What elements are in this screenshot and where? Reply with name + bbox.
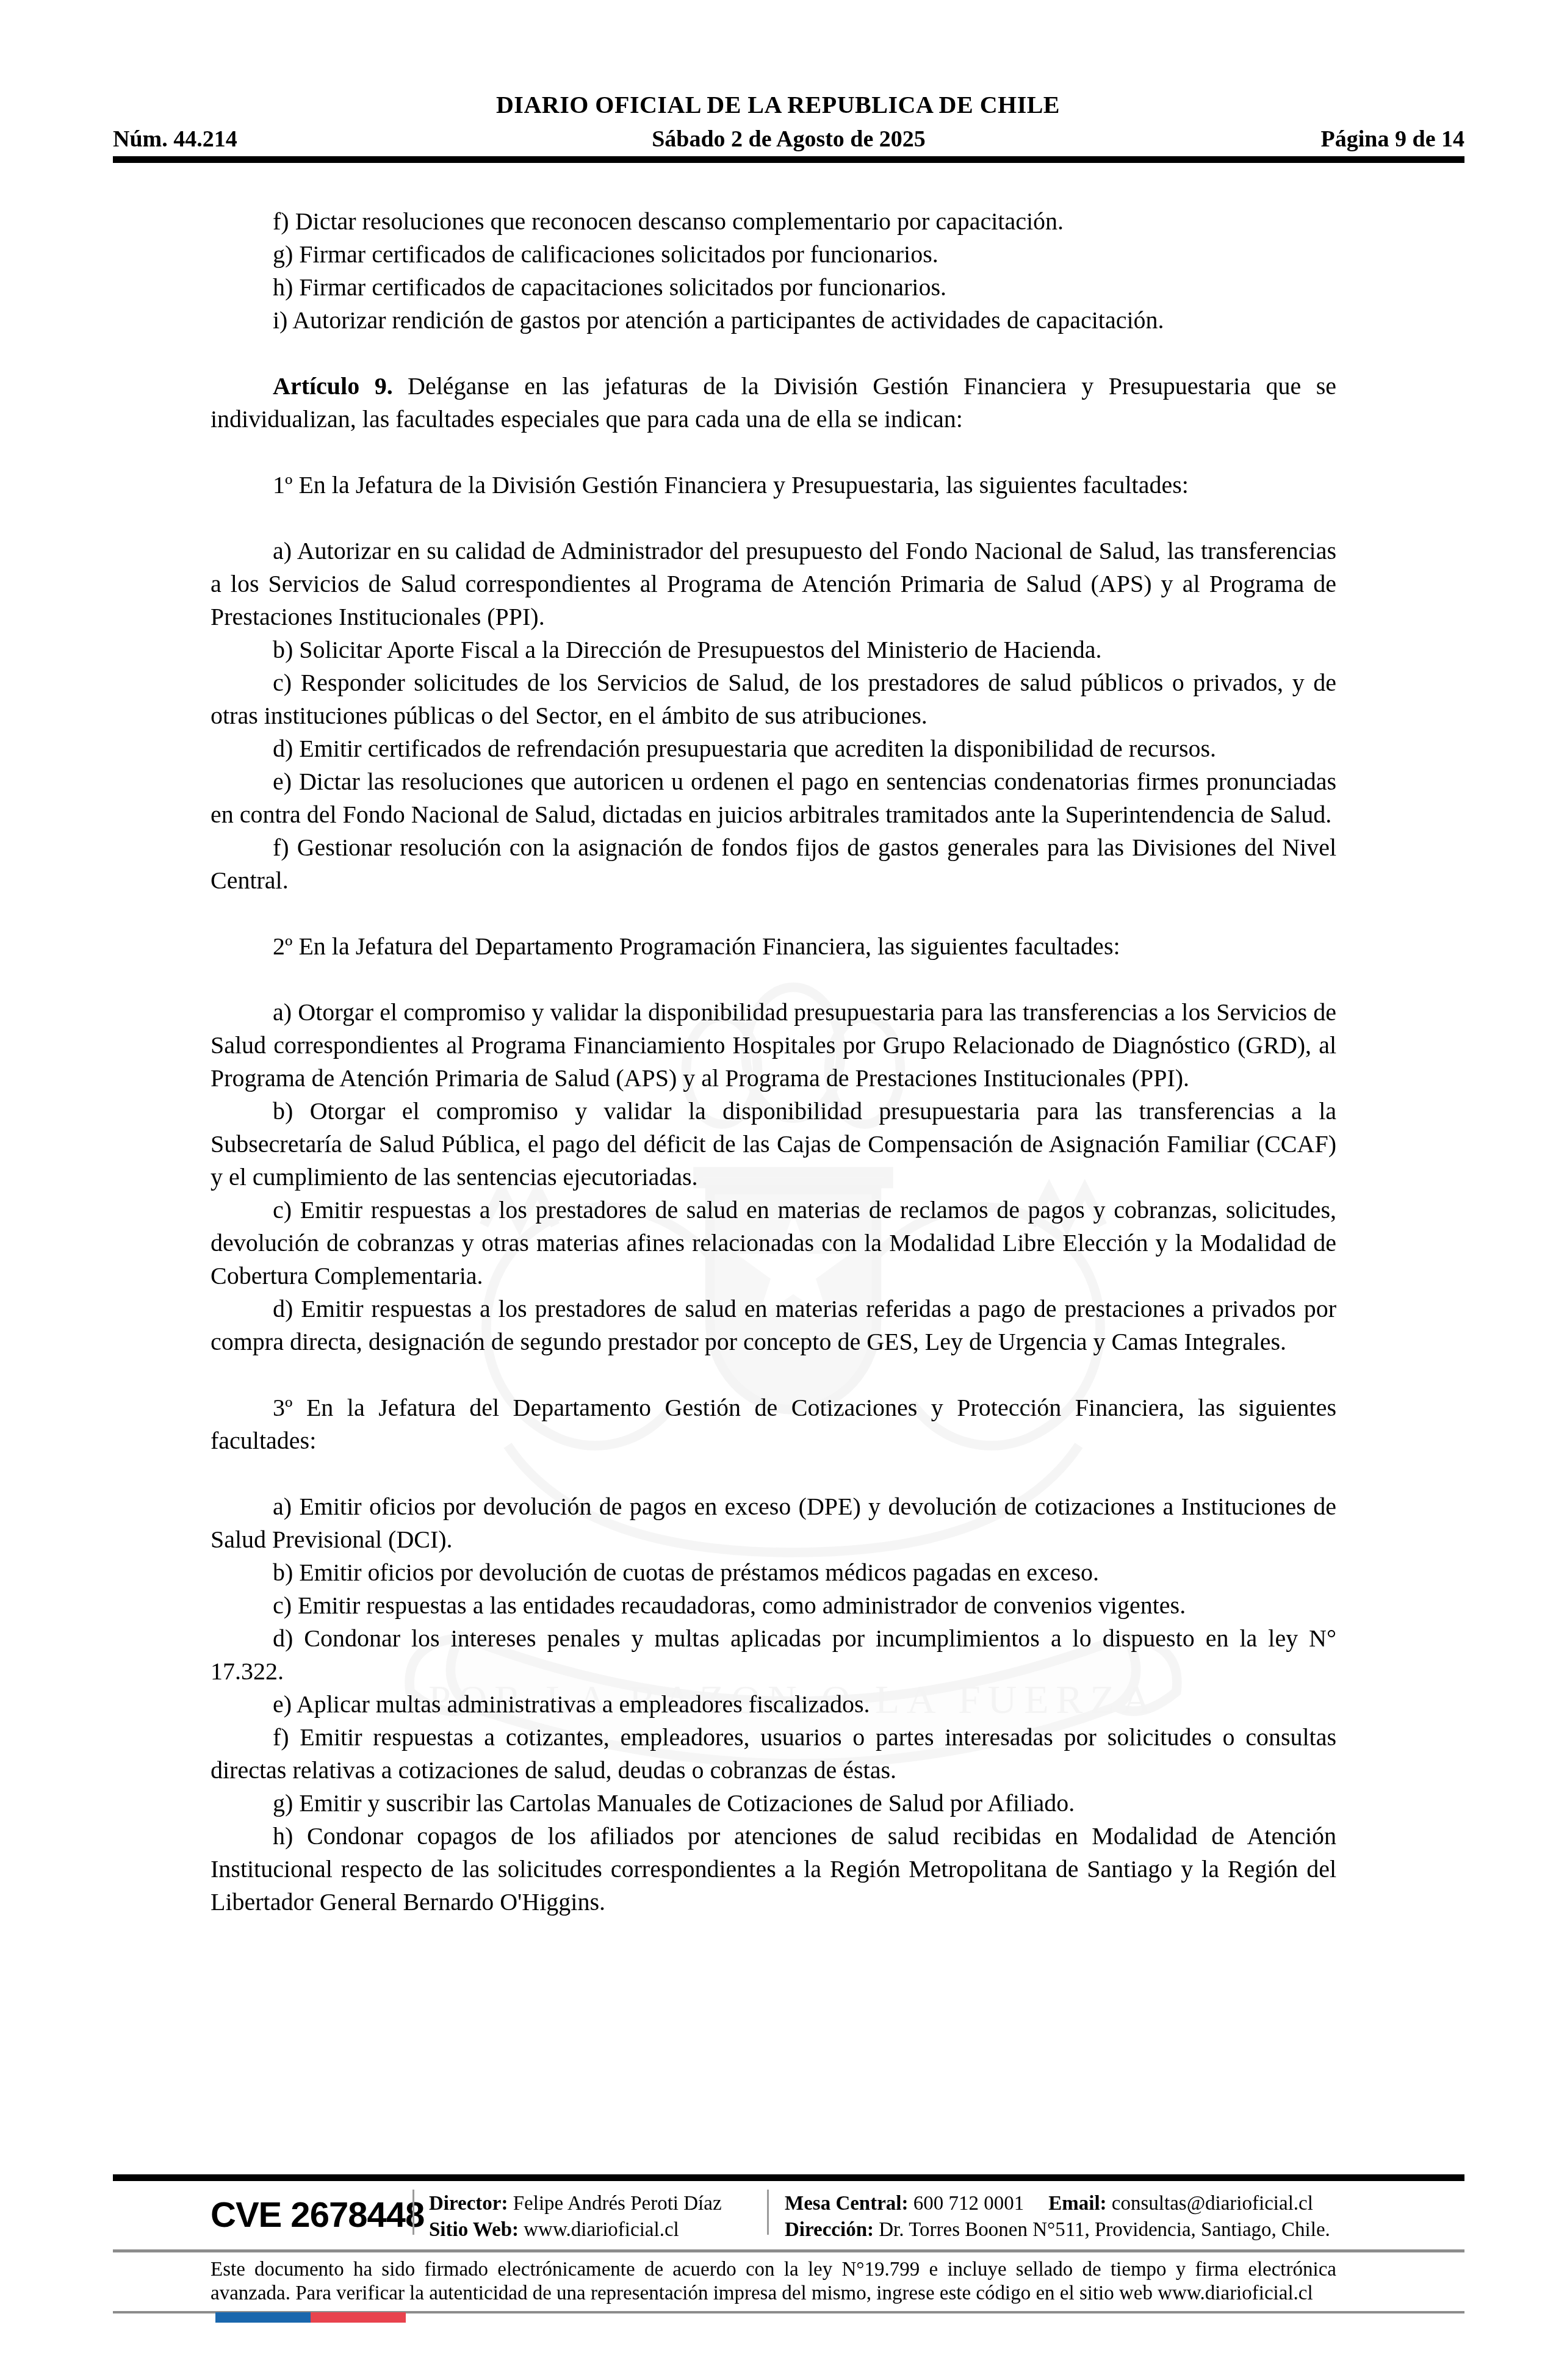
address-line: Dirección: Dr. Torres Boonen N°511, Prov… bbox=[785, 2217, 1330, 2243]
body-paragraph: e) Aplicar multas administrativas a empl… bbox=[211, 1688, 1336, 1721]
body-paragraph: f) Dictar resoluciones que reconocen des… bbox=[211, 205, 1336, 238]
phone-value: 600 712 0001 bbox=[913, 2193, 1025, 2215]
body-paragraph: c) Responder solicitudes de los Servicio… bbox=[211, 666, 1336, 732]
signature-disclaimer: Este documento ha sido firmado electróni… bbox=[211, 2258, 1336, 2306]
body-paragraph: h) Condonar copagos de los afiliados por… bbox=[211, 1820, 1336, 1919]
body-paragraph: a) Otorgar el compromiso y validar la di… bbox=[211, 996, 1336, 1095]
body-paragraph: h) Firmar certificados de capacitaciones… bbox=[211, 271, 1336, 304]
body-paragraph: g) Emitir y suscribir las Cartolas Manua… bbox=[211, 1787, 1336, 1820]
body-paragraph: b) Solicitar Aporte Fiscal a la Direcció… bbox=[211, 633, 1336, 666]
phone-label: Mesa Central: bbox=[785, 2193, 909, 2215]
article-number-label: Artículo 9. bbox=[273, 372, 393, 400]
body-paragraph: Artículo 9. Deléganse en las jefaturas d… bbox=[211, 370, 1336, 436]
body-paragraph: f) Emitir respuestas a cotizantes, emple… bbox=[211, 1721, 1336, 1787]
body-paragraph: e) Dictar las resoluciones que autoricen… bbox=[211, 765, 1336, 831]
text-block: f) Dictar resoluciones que reconocen des… bbox=[211, 205, 1336, 337]
text-block: 3º En la Jefatura del Departamento Gesti… bbox=[211, 1391, 1336, 1457]
text-block: a) Otorgar el compromiso y validar la di… bbox=[211, 996, 1336, 1358]
website-value: www.diarioficial.cl bbox=[524, 2219, 679, 2241]
body-paragraph: 1º En la Jefatura de la División Gestión… bbox=[211, 469, 1336, 502]
text-block: a) Autorizar en su calidad de Administra… bbox=[211, 535, 1336, 897]
website-label: Sitio Web: bbox=[429, 2219, 519, 2241]
body-paragraph: d) Emitir respuestas a los prestadores d… bbox=[211, 1293, 1336, 1358]
footer-divider-1 bbox=[412, 2190, 414, 2235]
footer-contact-right: Mesa Central: 600 712 0001Email: consult… bbox=[785, 2191, 1330, 2243]
address-value: Dr. Torres Boonen N°511, Providencia, Sa… bbox=[879, 2219, 1330, 2241]
text-block: 2º En la Jefatura del Departamento Progr… bbox=[211, 930, 1336, 963]
address-label: Dirección: bbox=[785, 2219, 874, 2241]
phone-email-line: Mesa Central: 600 712 0001Email: consult… bbox=[785, 2191, 1330, 2217]
masthead-row: Núm. 44.214 Sábado 2 de Agosto de 2025 P… bbox=[113, 126, 1464, 153]
header-rule bbox=[113, 156, 1464, 163]
website-line: Sitio Web: www.diarioficial.cl bbox=[429, 2217, 722, 2243]
gazette-page: DIARIO OFICIAL DE LA REPUBLICA DE CHILE … bbox=[0, 0, 1556, 2380]
body-paragraph: a) Emitir oficios por devolución de pago… bbox=[211, 1490, 1336, 1556]
body-paragraph: b) Emitir oficios por devolución de cuot… bbox=[211, 1556, 1336, 1589]
email-label: Email: bbox=[1048, 2193, 1106, 2215]
footer-contact-left: Director: Felipe Andrés Peroti Díaz Siti… bbox=[429, 2191, 722, 2243]
document-body: f) Dictar resoluciones que reconocen des… bbox=[211, 205, 1336, 1919]
body-paragraph: a) Autorizar en su calidad de Administra… bbox=[211, 535, 1336, 633]
text-block: 1º En la Jefatura de la División Gestión… bbox=[211, 469, 1336, 502]
body-paragraph: d) Condonar los intereses penales y mult… bbox=[211, 1622, 1336, 1688]
issue-date: Sábado 2 de Agosto de 2025 bbox=[113, 126, 1464, 153]
footer-gray-rule-top bbox=[113, 2249, 1464, 2252]
director-line: Director: Felipe Andrés Peroti Díaz bbox=[429, 2191, 722, 2217]
body-paragraph: d) Emitir certificados de refrendación p… bbox=[211, 732, 1336, 765]
footer-rule bbox=[113, 2174, 1464, 2181]
footer-divider-2 bbox=[767, 2190, 769, 2235]
director-label: Director: bbox=[429, 2193, 508, 2215]
body-paragraph: 3º En la Jefatura del Departamento Gesti… bbox=[211, 1391, 1336, 1457]
flag-blue-segment bbox=[215, 2312, 311, 2323]
flag-red-segment bbox=[311, 2312, 406, 2323]
body-paragraph: c) Emitir respuestas a las entidades rec… bbox=[211, 1589, 1336, 1622]
director-value: Felipe Andrés Peroti Díaz bbox=[513, 2193, 722, 2215]
text-block: Artículo 9. Deléganse en las jefaturas d… bbox=[211, 370, 1336, 436]
body-paragraph: b) Otorgar el compromiso y validar la di… bbox=[211, 1095, 1336, 1194]
publication-title: DIARIO OFICIAL DE LA REPUBLICA DE CHILE bbox=[0, 90, 1556, 119]
body-paragraph: g) Firmar certificados de calificaciones… bbox=[211, 238, 1336, 271]
body-paragraph: i) Autorizar rendición de gastos por ate… bbox=[211, 304, 1336, 337]
cve-code: CVE 2678448 bbox=[211, 2194, 424, 2235]
chile-flag-bar bbox=[215, 2312, 406, 2323]
email-value: consultas@diarioficial.cl bbox=[1112, 2193, 1313, 2215]
text-block: a) Emitir oficios por devolución de pago… bbox=[211, 1490, 1336, 1919]
body-paragraph: c) Emitir respuestas a los prestadores d… bbox=[211, 1194, 1336, 1293]
body-paragraph: f) Gestionar resolución con la asignació… bbox=[211, 831, 1336, 897]
body-paragraph: 2º En la Jefatura del Departamento Progr… bbox=[211, 930, 1336, 963]
